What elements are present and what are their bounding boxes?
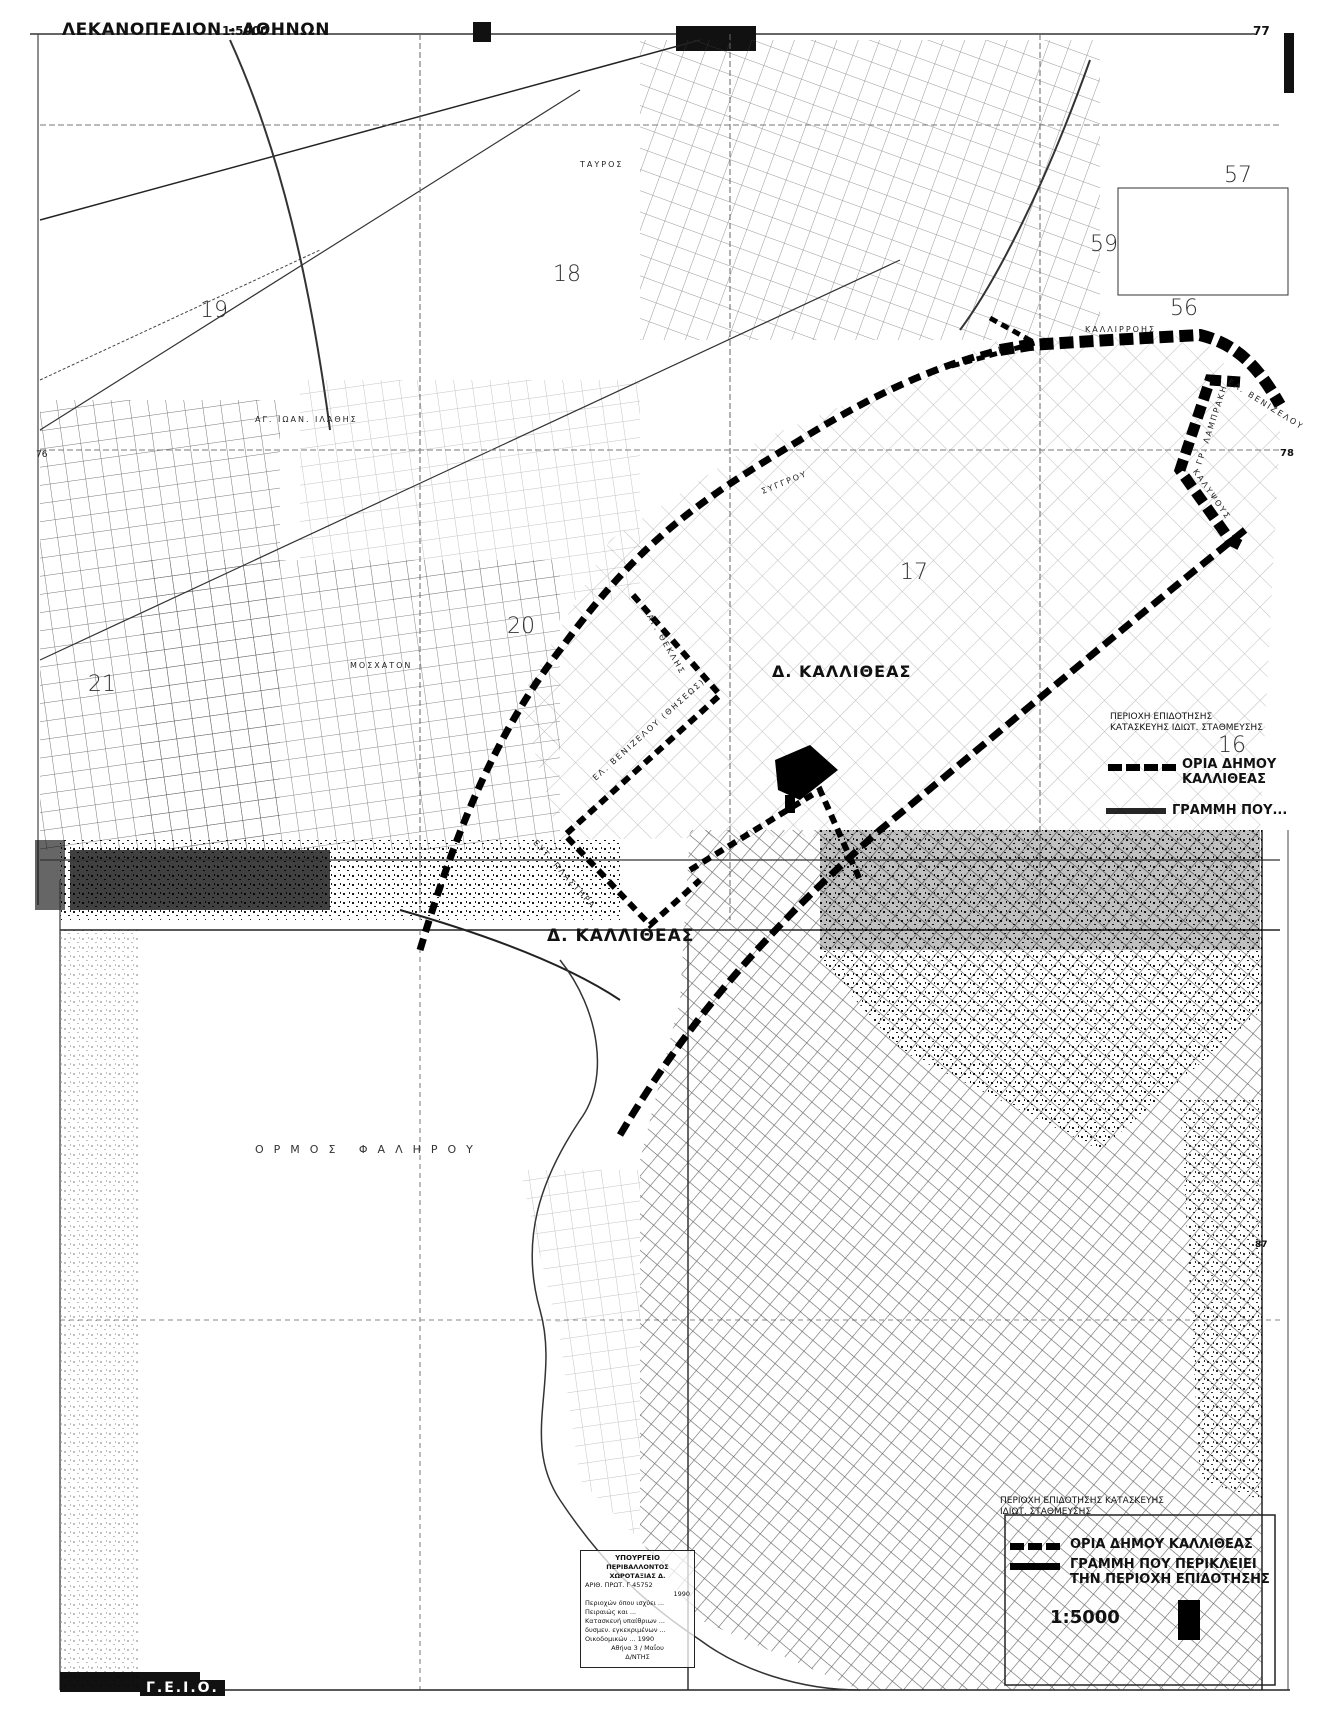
stamp-line: δυσμεν. εγκεκριμένων ...	[585, 1626, 690, 1635]
grid-number: 19	[200, 298, 228, 323]
sheet-code: Γ.Ε.Ι.Ο.	[140, 1680, 225, 1696]
grid-number: 57	[1224, 163, 1252, 188]
stamp-line: Πειραιώς και ...	[585, 1608, 690, 1617]
legend-upper-boundary-label: ΟΡΙΑ ΔΗΜΟΥ ΚΑΛΛΙΘΕΑΣ	[1182, 757, 1276, 787]
legend-lower-line-label: ΓΡΑΜΜΗ ΠΟΥ ΠΕΡΙΚΛΕΙΕΙ ΤΗΝ ΠΕΡΙΟΧΗ ΕΠΙΔΟΤ…	[1070, 1557, 1270, 1587]
note-line: ΠΕΡΙΟΧΗ ΕΠΙΔΟΤΗΣΗΣ	[1110, 712, 1263, 723]
grid-number: 18	[553, 262, 581, 287]
map-canvas	[0, 0, 1342, 1729]
legend-upper-line-label: ΓΡΑΜΜΗ ΠΟΥ...	[1172, 803, 1287, 818]
legend-text: ΤΗΝ ΠΕΡΙΟΧΗ ΕΠΙΔΟΤΗΣΗΣ	[1070, 1572, 1270, 1587]
sheet-number-top-right: 77	[1253, 24, 1270, 38]
sheet-number-left: 76	[36, 450, 47, 460]
stamp-line: Κατασκευή υπαίθριων ...	[585, 1617, 690, 1626]
grid-number: 16	[1218, 733, 1246, 758]
legend-text: ΟΡΙΑ ΔΗΜΟΥ	[1182, 757, 1276, 772]
note-line: ΚΑΤΑΣΚΕΥΗΣ ΙΔΙΩΤ. ΣΤΑΘΜΕΥΣΗΣ	[1110, 723, 1263, 734]
grid-number: 59	[1090, 232, 1118, 257]
stamp-date: Αθήνα 3 / Μαΐου	[585, 1644, 690, 1653]
grid-number: 17	[900, 560, 928, 585]
stamp-line: Οικοδομικών ... 1990	[585, 1635, 690, 1644]
legend-lower-area-note: ΠΕΡΙΟΧΗ ΕΠΙΔΟΤΗΣΗΣ ΚΑΤΑΣΚΕΥΗΣ ΙΔΙΩΤ. ΣΤΑ…	[1000, 1496, 1164, 1518]
grid-number: 56	[1170, 296, 1198, 321]
grid-number: 21	[88, 672, 116, 697]
note-line: ΠΕΡΙΟΧΗ ΕΠΙΔΟΤΗΣΗΣ ΚΑΤΑΣΚΕΥΗΣ	[1000, 1496, 1164, 1507]
ministry-stamp: ΥΠΟΥΡΓΕΙΟ ΠΕΡΙΒΑΛΛΟΝΤΟΣ ΧΩΡΟΤΑΞΙΑΣ Δ. ΑΡ…	[580, 1550, 695, 1668]
stamp-line: Περιοχών όπου ισχύει ...	[585, 1599, 690, 1608]
legend-lower-scale: 1:5000	[1050, 1610, 1120, 1625]
map-title: ΛΕΚΑΝΟΠΕΔΙΟΝ - ΑΘΗΝΩΝ	[62, 20, 330, 40]
map-scale: 1:5000	[222, 24, 269, 38]
sheet-number-right: 78	[1280, 448, 1294, 459]
municipality-label: Δ. ΚΑΛΛΙΘΕΑΣ	[772, 662, 911, 681]
street-label: ΜΟΣΧΑΤΟΝ	[350, 661, 412, 670]
bay-label: ΟΡΜΟΣ ΦΑΛΗΡΟΥ	[255, 1143, 483, 1156]
stamp-ministry: ΥΠΟΥΡΓΕΙΟ	[585, 1554, 690, 1563]
grid-number: 20	[507, 614, 535, 639]
sheet-number-right-lower: 87	[1255, 1240, 1268, 1250]
legend-text: ΓΡΑΜΜΗ ΠΟΥ ΠΕΡΙΚΛΕΙΕΙ	[1070, 1557, 1270, 1572]
subsidy-area-note: ΠΕΡΙΟΧΗ ΕΠΙΔΟΤΗΣΗΣ ΚΑΤΑΣΚΕΥΗΣ ΙΔΙΩΤ. ΣΤΑ…	[1110, 712, 1263, 734]
stamp-signature: Δ/ΝΤΗΣ	[585, 1653, 690, 1662]
stamp-year: 1990	[585, 1590, 690, 1599]
stamp-dept: ΠΕΡΙΒΑΛΛΟΝΤΟΣ ΧΩΡΟΤΑΞΙΑΣ Δ.	[585, 1563, 690, 1581]
street-label: ΚΑΛΛΙΡΡΟΗΣ	[1085, 325, 1156, 334]
note-line: ΙΔΙΩΤ. ΣΤΑΘΜΕΥΣΗΣ	[1000, 1507, 1164, 1518]
street-label: ΑΓ. ΙΩΑΝ. ΙΛΑΘΗΣ	[255, 415, 358, 424]
street-label: ΤΑΥΡΟΣ	[580, 160, 623, 169]
municipality-label-lower: Δ. ΚΑΛΛΙΘΕΑΣ	[547, 926, 694, 946]
legend-text: ΚΑΛΛΙΘΕΑΣ	[1182, 772, 1276, 787]
stamp-ref: ΑΡΙΘ. ΠΡΩΤ. Γ 45752	[585, 1581, 690, 1590]
legend-lower-boundary-label: ΟΡΙΑ ΔΗΜΟΥ ΚΑΛΛΙΘΕΑΣ	[1070, 1537, 1253, 1552]
